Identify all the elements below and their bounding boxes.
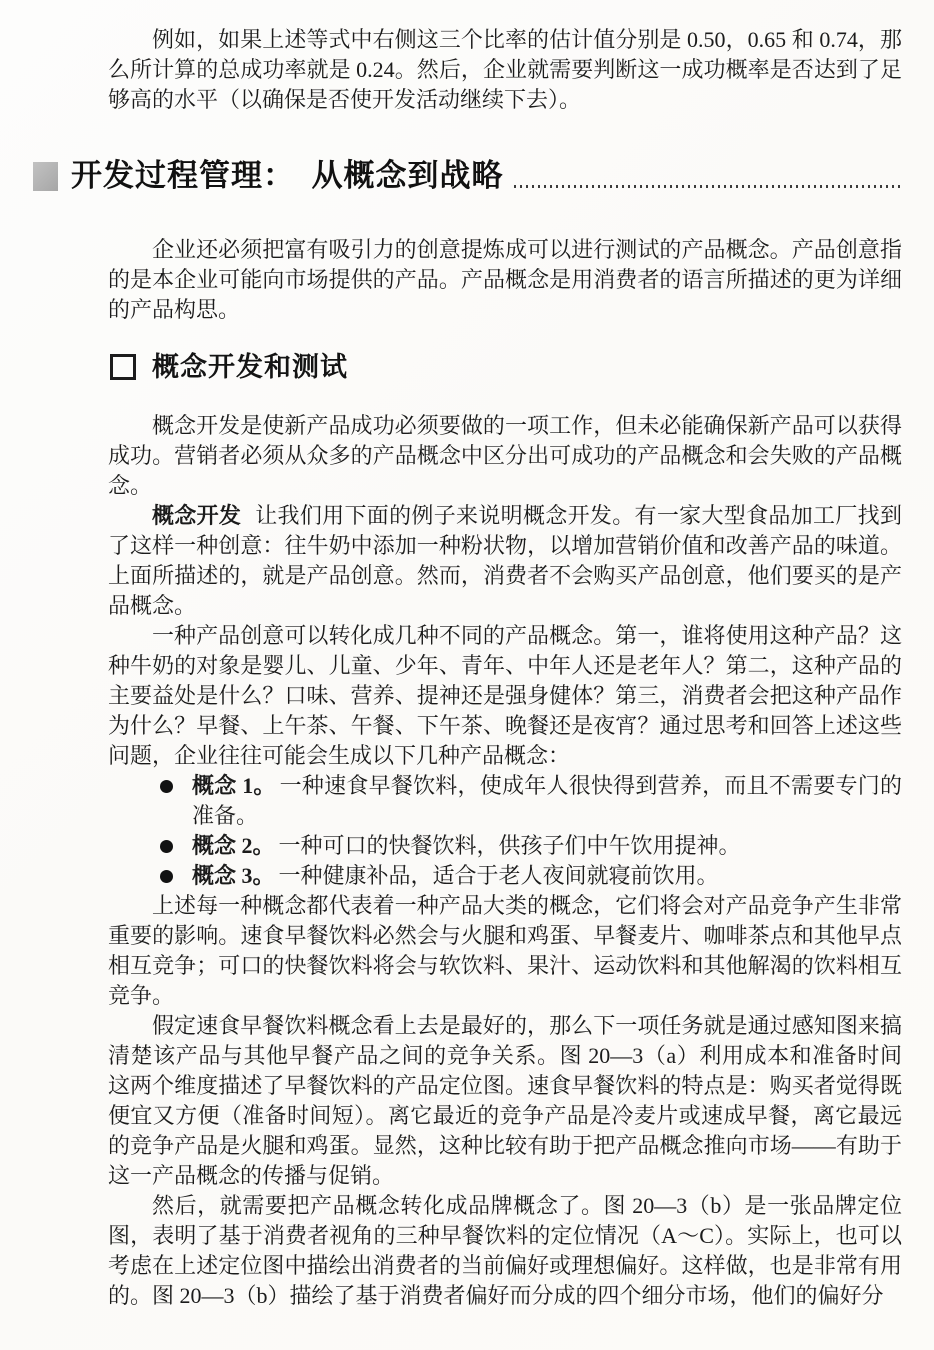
concept-text: 一种健康补品，适合于老人夜间就寝前饮用。 bbox=[279, 863, 719, 888]
concept-label: 概念 3。 bbox=[192, 863, 275, 888]
bullet-icon bbox=[160, 840, 173, 853]
list-item-concept-3: 概念 3。一种健康补品，适合于老人夜间就寝前饮用。 bbox=[108, 861, 902, 891]
paragraph-concept-competition: 上述每一种概念都代表着一种产品大类的概念，它们将会对产品竞争产生非常重要的影响。… bbox=[108, 891, 902, 1011]
list-item-concept-2: 概念 2。一种可口的快餐饮料，供孩子们中午饮用提神。 bbox=[108, 831, 902, 861]
body-text-block: 概念开发是使新产品成功必须要做的一项工作，但未必能确保新产品可以获得成功。营销者… bbox=[108, 411, 902, 1311]
section-heading-text: 开发过程管理： 从概念到战略 bbox=[71, 155, 504, 197]
bullet-icon bbox=[160, 780, 173, 793]
dotted-leader-line bbox=[514, 185, 903, 188]
concept-text: 一种速食早餐饮料，使成年人很快得到营养，而且不需要专门的准备。 bbox=[192, 773, 902, 828]
subsection-heading-text: 概念开发和测试 bbox=[152, 347, 348, 387]
paragraph-concept-development: 概念开发让我们用下面的例子来说明概念开发。有一家大型食品加工厂找到了这样一种创意… bbox=[108, 501, 902, 621]
intro-paragraph: 例如，如果上述等式中右侧这三个比率的估计值分别是 0.50，0.65 和 0.7… bbox=[108, 25, 902, 115]
paragraph-perceptual-map: 假定速食早餐饮料概念看上去是最好的，那么下一项任务就是通过感知图来搞清楚该产品与… bbox=[108, 1011, 902, 1191]
list-item-concept-1: 概念 1。一种速食早餐饮料，使成年人很快得到营养，而且不需要专门的准备。 bbox=[108, 771, 902, 831]
subsection-heading: 概念开发和测试 bbox=[110, 347, 902, 387]
paragraph-bold-lead: 概念开发 bbox=[152, 503, 241, 528]
concept-list: 概念 1。一种速食早餐饮料，使成年人很快得到营养，而且不需要专门的准备。 概念 … bbox=[108, 771, 902, 891]
paragraph-concept-dev-intro: 概念开发是使新产品成功必须要做的一项工作，但未必能确保新产品可以获得成功。营销者… bbox=[108, 411, 902, 501]
paragraph-brand-concept: 然后，就需要把产品概念转化成品牌概念了。图 20—3（b）是一张品牌定位图，表明… bbox=[108, 1191, 902, 1311]
concept-label: 概念 1。 bbox=[192, 773, 276, 798]
section-heading: 开发过程管理： 从概念到战略 bbox=[33, 155, 902, 197]
bullet-icon bbox=[160, 870, 173, 883]
section-marker-square-icon bbox=[33, 162, 58, 191]
concept-text: 一种可口的快餐饮料，供孩子们中午饮用提神。 bbox=[279, 833, 741, 858]
concept-label: 概念 2。 bbox=[192, 833, 275, 858]
section-lead-paragraph: 企业还必须把富有吸引力的创意提炼成可以进行测试的产品概念。产品创意指的是本企业可… bbox=[108, 235, 902, 325]
book-page: 例如，如果上述等式中右侧这三个比率的估计值分别是 0.50，0.65 和 0.7… bbox=[0, 0, 934, 1350]
subsection-marker-square-icon bbox=[110, 354, 136, 380]
paragraph-product-idea-questions: 一种产品创意可以转化成几种不同的产品概念。第一，谁将使用这种产品？这种牛奶的对象… bbox=[108, 621, 902, 771]
